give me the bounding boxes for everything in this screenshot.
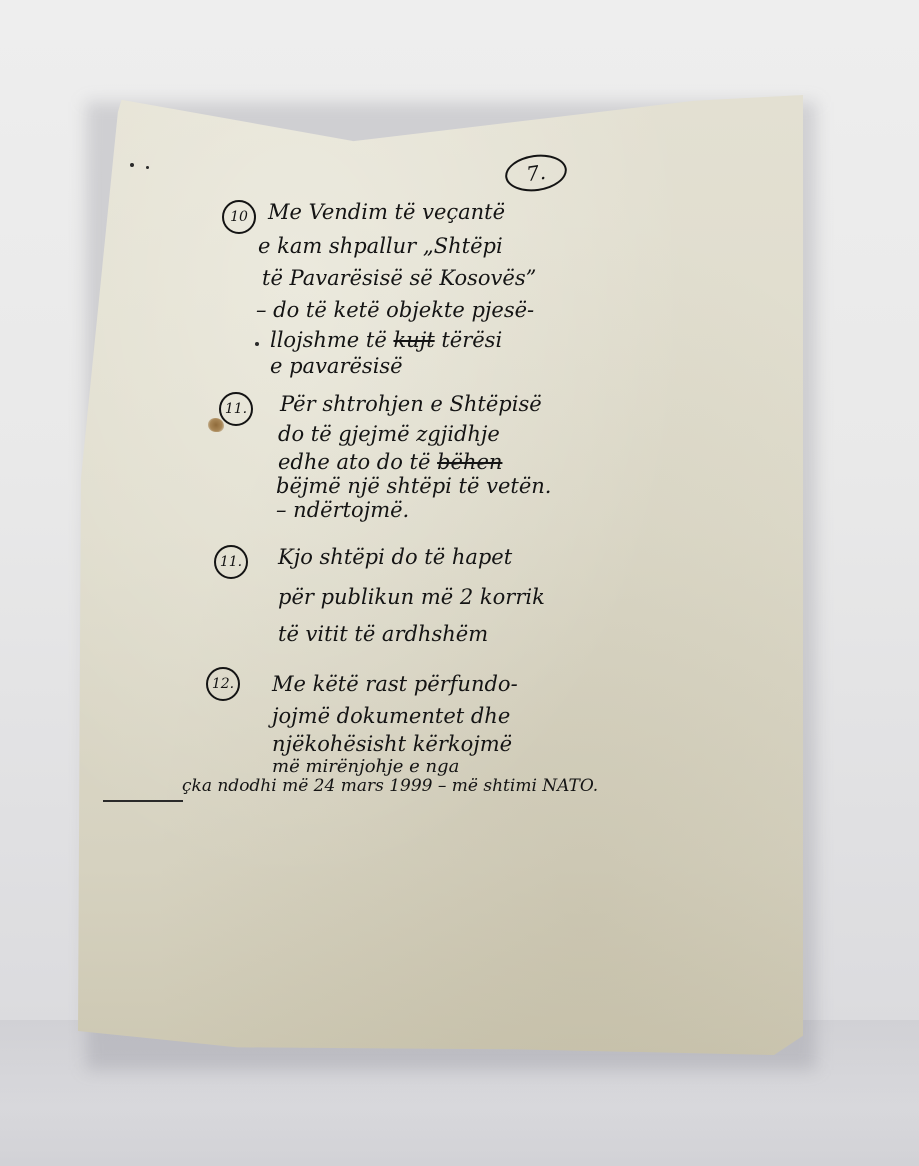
item-marker-text: 11. bbox=[225, 401, 247, 417]
item-11a-line-3: edhe ato do të bëhen bbox=[278, 450, 502, 474]
item-11b-line-2: për publikun më 2 korrik bbox=[278, 585, 545, 609]
ink-stain bbox=[208, 418, 224, 432]
item-10-line-1: Me Vendim të veçantë bbox=[268, 200, 505, 224]
item-marker-text: 12. bbox=[212, 676, 234, 692]
item-12-line-4: më mirënjohje e nga bbox=[272, 756, 459, 777]
struck-word: bëhen bbox=[437, 450, 502, 474]
item-11b-line-1: Kjo shtëpi do të hapet bbox=[278, 545, 512, 569]
item-10-line-5-tail: tërësi bbox=[435, 328, 503, 352]
item-11a-line-3-text: edhe ato do të bbox=[278, 450, 437, 474]
page-number-text: 7. bbox=[525, 160, 547, 186]
item-12-line-5: çka ndodhi më 24 mars 1999 – më shtimi N… bbox=[182, 776, 598, 796]
item-marker-11a: 11. bbox=[219, 392, 253, 426]
ink-speck bbox=[130, 163, 134, 167]
item-10-line-2: e kam shpallur „Shtëpi bbox=[258, 234, 503, 258]
item-10-line-6: e pavarësisë bbox=[270, 354, 403, 378]
ink-speck bbox=[146, 166, 149, 169]
ink-dot bbox=[255, 342, 259, 346]
item-11a-line-4: bëjmë një shtëpi të vetën. bbox=[276, 474, 551, 498]
item-10-line-5-text: llojshme të bbox=[270, 328, 393, 352]
struck-word: kujt bbox=[393, 328, 434, 352]
item-marker-text: 11. bbox=[220, 554, 242, 570]
item-11b-line-3: të vitit të ardhshëm bbox=[278, 622, 488, 646]
item-12-line-1: Me këtë rast përfundo- bbox=[272, 672, 518, 696]
item-marker-11b: 11. bbox=[214, 545, 248, 579]
item-11a-line-5: – ndërtojmë. bbox=[276, 498, 409, 522]
item-10-line-4: – do të ketë objekte pjesë- bbox=[256, 298, 534, 322]
item-marker-12: 12. bbox=[206, 667, 240, 701]
item-10-line-5: llojshme të kujt tërësi bbox=[270, 328, 502, 352]
item-12-line-3: njëkohësisht kërkojmë bbox=[272, 732, 512, 756]
item-11a-line-1: Për shtrohjen e Shtëpisë bbox=[280, 392, 542, 416]
item-marker-10: 10 bbox=[222, 200, 256, 234]
item-11a-line-2: do të gjejmë zgjidhje bbox=[278, 422, 500, 446]
item-marker-text: 10 bbox=[230, 209, 248, 225]
short-underline-rule bbox=[103, 800, 183, 802]
item-12-line-2: jojmë dokumentet dhe bbox=[272, 704, 510, 728]
item-10-line-3: të Pavarësisë së Kosovës” bbox=[262, 266, 536, 290]
